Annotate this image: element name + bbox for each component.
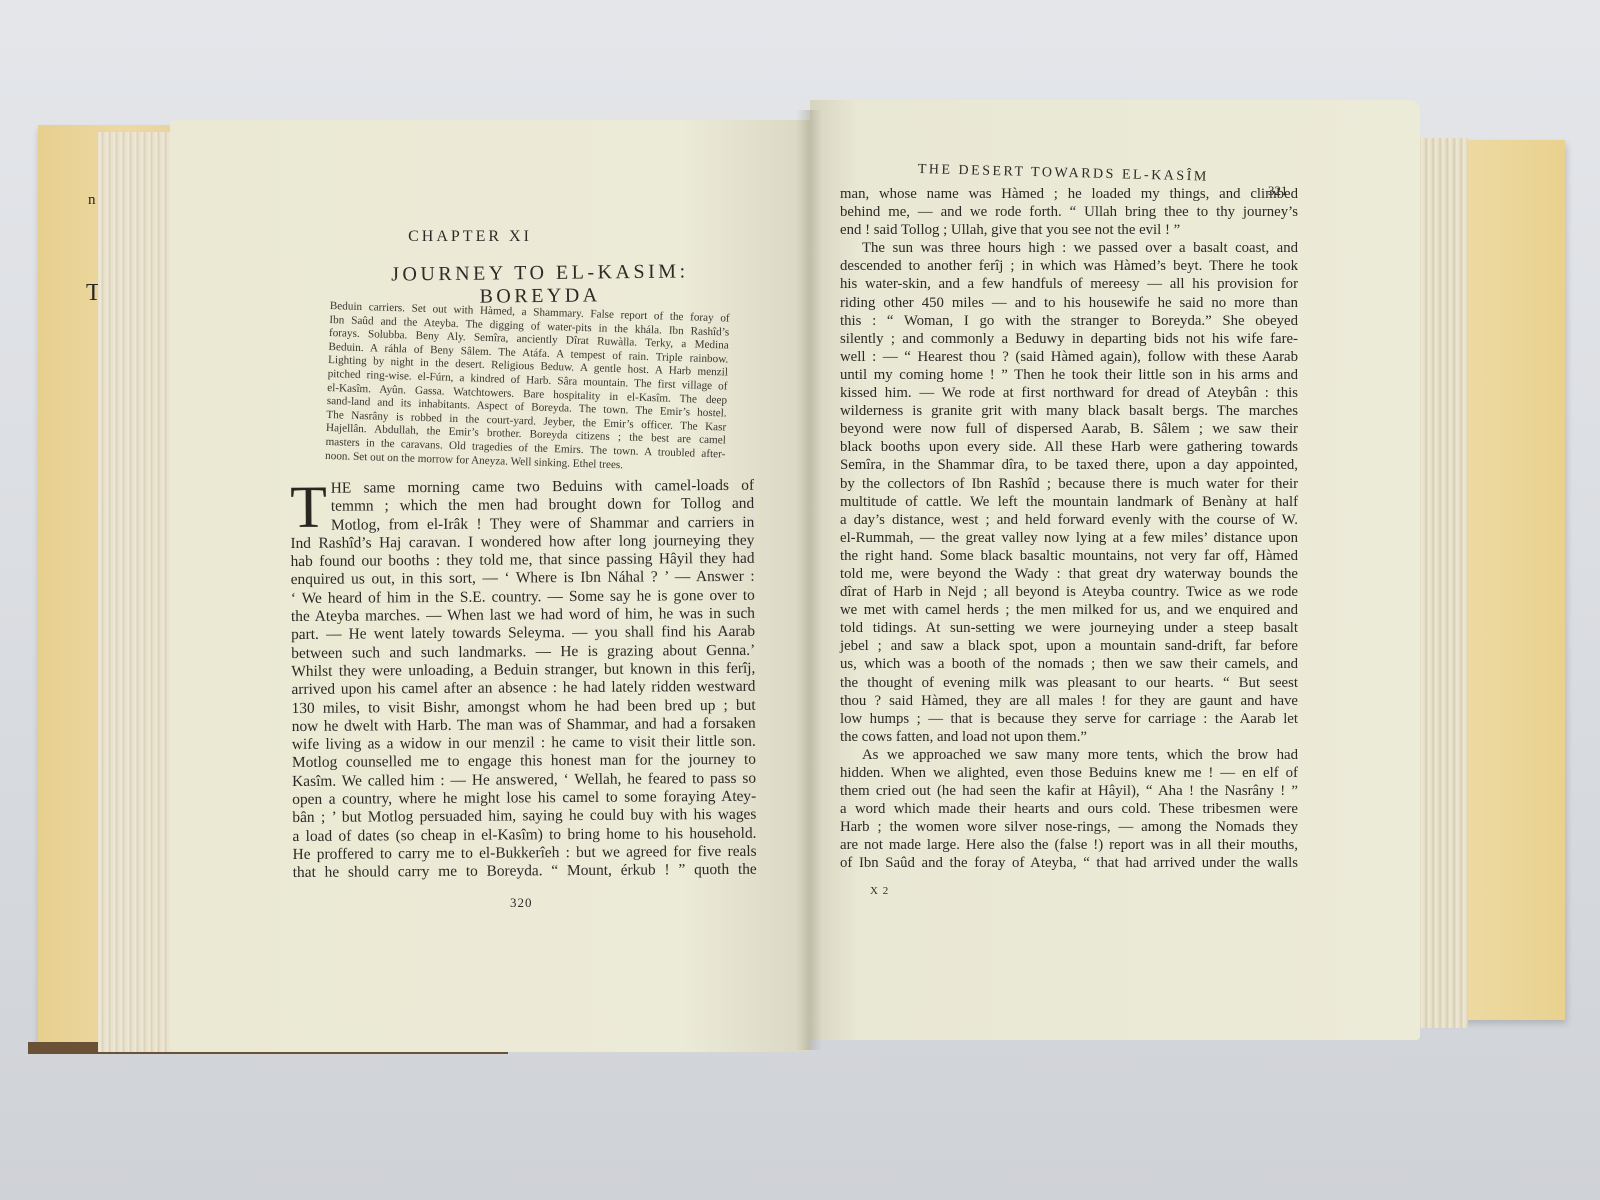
body-line: behind me, — and we rode forth. “ Ullah … — [840, 203, 1298, 221]
body-line: a word which made their hearts and ours … — [840, 800, 1298, 818]
body-line: the thought of evening milk was pleasant… — [840, 674, 1298, 692]
body-line: As we approached we saw many more tents,… — [840, 746, 1298, 764]
body-line: beyond were now full of dispersed Aarab,… — [840, 420, 1298, 438]
body-line: told tidings. At sun-setting we were jou… — [840, 619, 1298, 637]
body-line: told me, were beyond the Wady : that gre… — [840, 565, 1298, 583]
body-line: el-Rummah, — the great valley now lying … — [840, 529, 1298, 547]
body-line: a day’s distance, west ; and held forwar… — [840, 511, 1298, 529]
body-line: us, which was a booth of the nomads ; th… — [840, 655, 1298, 673]
page-number-left: 320 — [510, 895, 533, 911]
body-line: silently ; and commonly a Beduwy in depa… — [840, 330, 1298, 348]
body-line: we met with camel herds ; the men milked… — [840, 601, 1298, 619]
body-line: jebel ; and saw a black spot, upon a mou… — [840, 637, 1298, 655]
body-line: Harb ; the women wore silver nose-rings,… — [840, 818, 1298, 836]
body-line: dîrat of Harb in Nejd ; all beyond is At… — [840, 583, 1298, 601]
body-line: his water-skin, and a few handfuls of me… — [840, 275, 1298, 293]
drop-cap: T — [290, 482, 327, 532]
body-line: wilderness is granite grit with many bla… — [840, 402, 1298, 420]
body-line: are not made large. Here also the (false… — [840, 836, 1298, 854]
edge-fragment-n: n — [88, 192, 96, 209]
body-line: them cried out (he had seen the kafir at… — [840, 782, 1298, 800]
open-book-photo: n T CHAPTER XI JOURNEY TO EL-KASIM: BORE… — [0, 0, 1600, 1200]
body-line: that he should carry me to Boreyda. “ Mo… — [293, 861, 757, 883]
body-line: end ! said Tollog ; Ullah, give that you… — [840, 221, 1298, 239]
body-line: The sun was three hours high : we passed… — [840, 239, 1298, 257]
body-line: kissed him. — We rode at first northward… — [840, 384, 1298, 402]
body-line: of Ibn Saûd and the foray of Ateyba, “ t… — [840, 854, 1298, 872]
body-line: the right hand. Some black basaltic moun… — [840, 547, 1298, 565]
body-line: hidden. When we alighted, even those Bed… — [840, 764, 1298, 782]
right-page-body: man, whose name was Hàmed ; he loaded my… — [840, 185, 1298, 873]
body-line: by the collectors of Ibn Rashîd ; becaus… — [840, 475, 1298, 493]
body-line: descended to another ferîj ; in which wa… — [840, 257, 1298, 275]
body-line: well : — “ Hearest thou ? (said Hàmed ag… — [840, 348, 1298, 366]
body-line: the cows fatten, and load not upon them.… — [840, 728, 1298, 746]
body-line: until my coming home ! ” Then he took th… — [840, 366, 1298, 384]
left-page-body: T HE same morning came two Beduins with … — [290, 477, 757, 883]
signature-mark: X 2 — [870, 885, 889, 897]
body-line: black booths upon every side. All these … — [840, 438, 1298, 456]
body-line: thou ? said Hàmed, they are all males ! … — [840, 692, 1298, 710]
chapter-synopsis: Beduin carriers. Set out with Hàmed, a S… — [325, 300, 730, 476]
body-line: man, whose name was Hàmed ; he loaded my… — [840, 185, 1298, 203]
body-line: multitude of cattle. We left the mountai… — [840, 493, 1298, 511]
body-line: this : “ Woman, I go with the stranger t… — [840, 312, 1298, 330]
body-line: low humps ; — that is because they serve… — [840, 710, 1298, 728]
book-gutter — [796, 110, 822, 1050]
body-line: riding other 450 miles — and to his hous… — [840, 294, 1298, 312]
body-line: Semîra, in the Shammar dîra, to be taxed… — [840, 456, 1298, 474]
chapter-number: CHAPTER XI — [170, 228, 770, 246]
